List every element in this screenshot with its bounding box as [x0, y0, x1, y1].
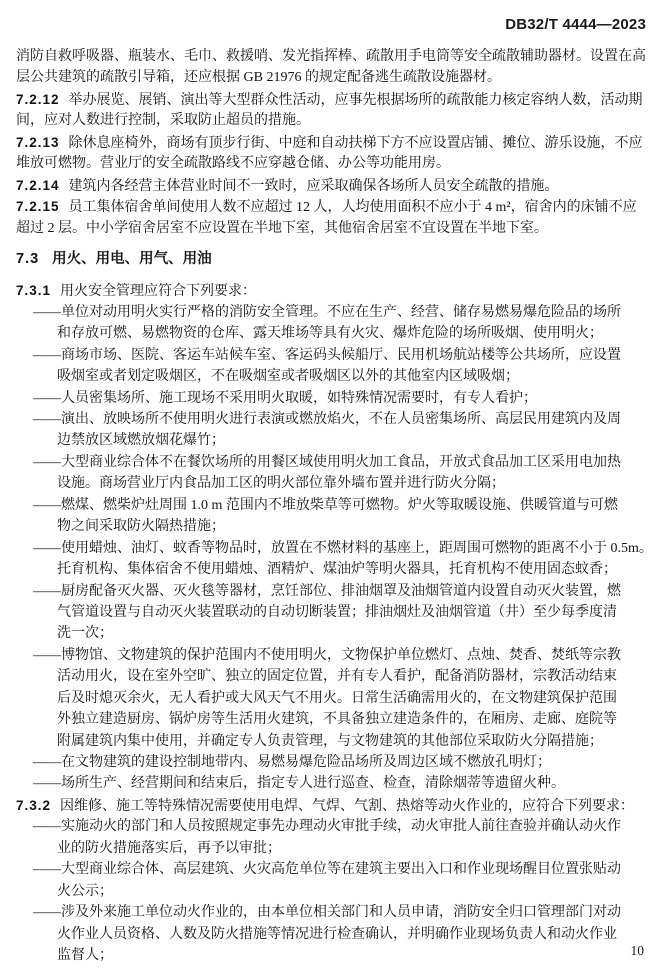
list-item-continuation: 边禁放区域燃放烟花爆竹；: [16, 430, 651, 451]
clause-line: 7.3.2因维修、施工等特殊情况需要使用电焊、气焊、气割、热熔等动火作业的，应符…: [16, 795, 651, 816]
clause-number: 7.2.13: [16, 132, 60, 153]
list-item-line: ——燃煤、燃柴炉灶周围 1.0 m 范围内不堆放柴草等可燃物。炉火等取暖设施、供…: [16, 495, 651, 516]
section-heading: 7.3用火、用电、用气、用油: [16, 249, 651, 270]
list-item-continuation: 监督人；: [16, 945, 651, 966]
list-item-continuation: 和存放可燃、易燃物资的仓库、露天堆场等具有火灾、爆炸危险的场所吸烟、使用明火；: [16, 323, 651, 344]
document-page: DB32/T 4444—2023 消防自救呼吸器、瓶装水、毛巾、救援哨、发光指挥…: [0, 0, 661, 971]
paragraph-line: 消防自救呼吸器、瓶装水、毛巾、救援哨、发光指挥棒、疏散用手电筒等安全疏散辅助器材…: [16, 46, 651, 67]
list-item-continuation: 火作业人员资格、人数及防火措施等情况进行检查确认，并明确作业现场负责人和动火作业: [16, 924, 651, 945]
document-body: 消防自救呼吸器、瓶装水、毛巾、救援哨、发光指挥棒、疏散用手电筒等安全疏散辅助器材…: [16, 46, 651, 966]
clause-number: 7.2.15: [16, 196, 60, 217]
list-item-continuation: 后及时熄灭余火，无人看护或大风天气不用火。日常生活确需用火的，在文物建筑保护范围: [16, 688, 651, 709]
list-item-line: ——单位对动用明火实行严格的消防安全管理。不应在生产、经营、储存易燃易爆危险品的…: [16, 302, 651, 323]
section-number: 7.3: [16, 249, 39, 270]
list-item-continuation: 物之间采取防火隔热措施；: [16, 516, 651, 537]
list-item-line: ——大型商业综合体、高层建筑、火灾高危单位等在建筑主要出入口和作业现场醒目位置张…: [16, 859, 651, 880]
clause-number: 7.3.1: [16, 280, 51, 301]
list-item-line: ——实施动火的部门和人员按照规定事先办理动火审批手续，动火审批人前往查验并确认动…: [16, 816, 651, 837]
clause-number: 7.2.12: [16, 89, 60, 110]
list-item-continuation: 火公示；: [16, 881, 651, 902]
list-item-line: ——大型商业综合体不在餐饮场所的用餐区域使用明火加工食品，开放式食品加工区采用电…: [16, 452, 651, 473]
line-text: 用火、用电、用气、用油: [52, 251, 212, 267]
line-text: 员工集体宿舍单间使用人数不应超过 12 人，人均使用面积不应小于 4 m²，宿舍…: [69, 200, 637, 215]
line-text: 建筑内各经营主体营业时间不一致时，应采取确保各场所人员安全疏散的措施。: [69, 179, 559, 194]
clause-number: 7.2.14: [16, 175, 60, 196]
clause-line: 7.2.12举办展览、展销、演出等大型群众性活动，应事先根据场所的疏散能力核定容…: [16, 89, 651, 110]
list-item-continuation: 外独立建造厨房、锅炉房等生活用火建筑，不具备独立建造条件的，在厢房、走廊、庭院等: [16, 709, 651, 730]
list-item-line: ——使用蜡烛、油灯、蚊香等物品时，放置在不燃材料的基座上，距周围可燃物的距离不小…: [16, 538, 651, 559]
list-item-continuation: 气管道设置与自动灭火装置联动的自动切断装置；排油烟灶及油烟管道（井）至少每季度清: [16, 602, 651, 623]
list-item-continuation: 吸烟室或者划定吸烟区，不在吸烟室或者吸烟区以外的其他室内区域吸烟；: [16, 366, 651, 387]
page-number: 10: [631, 943, 645, 959]
list-item-continuation: 洗一次；: [16, 623, 651, 644]
clause-line: 7.2.14建筑内各经营主体营业时间不一致时，应采取确保各场所人员安全疏散的措施…: [16, 175, 651, 196]
list-item-line: ——演出、放映场所不使用明火进行表演或燃放焰火，不在人员密集场所、高层民用建筑内…: [16, 409, 651, 430]
list-item-continuation: 附属建筑内集中使用，并确定专人负责管理，与文物建筑的其他部位采取防火分隔措施；: [16, 731, 651, 752]
list-item-continuation: 业的防火措施落实后，再予以审批；: [16, 838, 651, 859]
list-item-line: ——厨房配备灭火器、灭火毯等器材，烹饪部位、排油烟罩及油烟管道内设置自动灭火装置…: [16, 581, 651, 602]
paragraph-line: 层公共建筑的疏散引导箱，还应根据 GB 21976 的规定配备逃生疏散设施器材。: [16, 67, 651, 88]
paragraph-line: 间，应对人数进行控制，采取防止超员的措施。: [16, 110, 651, 131]
paragraph-line: 堆放可燃物。营业厅的安全疏散路线不应穿越仓储、办公等功能用房。: [16, 153, 651, 174]
list-item-line: ——博物馆、文物建筑的保护范围内不使用明火，文物保护单位燃灯、点烛、焚香、焚纸等…: [16, 645, 651, 666]
list-item-continuation: 设施。商场营业厅内食品加工区的明火部位靠外墙布置并进行防火分隔；: [16, 473, 651, 494]
clause-line: 7.3.1用火安全管理应符合下列要求：: [16, 280, 651, 301]
list-item-line: ——人员密集场所、施工现场不采用明火取暖，如特殊情况需要时，有专人看护；: [16, 388, 651, 409]
list-item-line: ——商场市场、医院、客运车站候车室、客运码头候船厅、民用机场航站楼等公共场所，应…: [16, 345, 651, 366]
line-text: 举办展览、展销、演出等大型群众性活动，应事先根据场所的疏散能力核定容纳人数，活动…: [69, 93, 643, 108]
clause-number: 7.3.2: [16, 795, 51, 816]
list-item-continuation: 活动用火，设在室外空旷、独立的固定位置，并有专人看护，配备消防器材，宗教活动结束: [16, 666, 651, 687]
list-item-line: ——在文物建筑的建设控制地带内、易燃易爆危险品场所及周边区域不燃放孔明灯；: [16, 752, 651, 773]
paragraph-line: 超过 2 层。中小学宿舍居室不应设置在半地下室，其他宿舍居室不宜设置在半地下室。: [16, 218, 651, 239]
line-text: 因维修、施工等特殊情况需要使用电焊、气焊、气割、热熔等动火作业的，应符合下列要求…: [60, 799, 634, 814]
list-item-continuation: 托育机构、集体宿舍不使用蜡烛、酒精炉、煤油炉等明火器具，托育机构不使用固态蚊香；: [16, 559, 651, 580]
line-text: 除休息座椅外，商场有顶步行街、中庭和自动扶梯下方不应设置店铺、摊位、游乐设施，不…: [69, 136, 643, 151]
clause-line: 7.2.15员工集体宿舍单间使用人数不应超过 12 人，人均使用面积不应小于 4…: [16, 196, 651, 217]
line-text: 用火安全管理应符合下列要求：: [60, 284, 256, 299]
doc-number: DB32/T 4444—2023: [505, 16, 646, 33]
list-item-line: ——涉及外来施工单位动火作业的，由本单位相关部门和人员申请，消防安全归口管理部门…: [16, 902, 651, 923]
list-item-line: ——场所生产、经营期间和结束后，指定专人进行巡查、检查，清除烟蒂等遗留火种。: [16, 773, 651, 794]
clause-line: 7.2.13除休息座椅外，商场有顶步行街、中庭和自动扶梯下方不应设置店铺、摊位、…: [16, 132, 651, 153]
